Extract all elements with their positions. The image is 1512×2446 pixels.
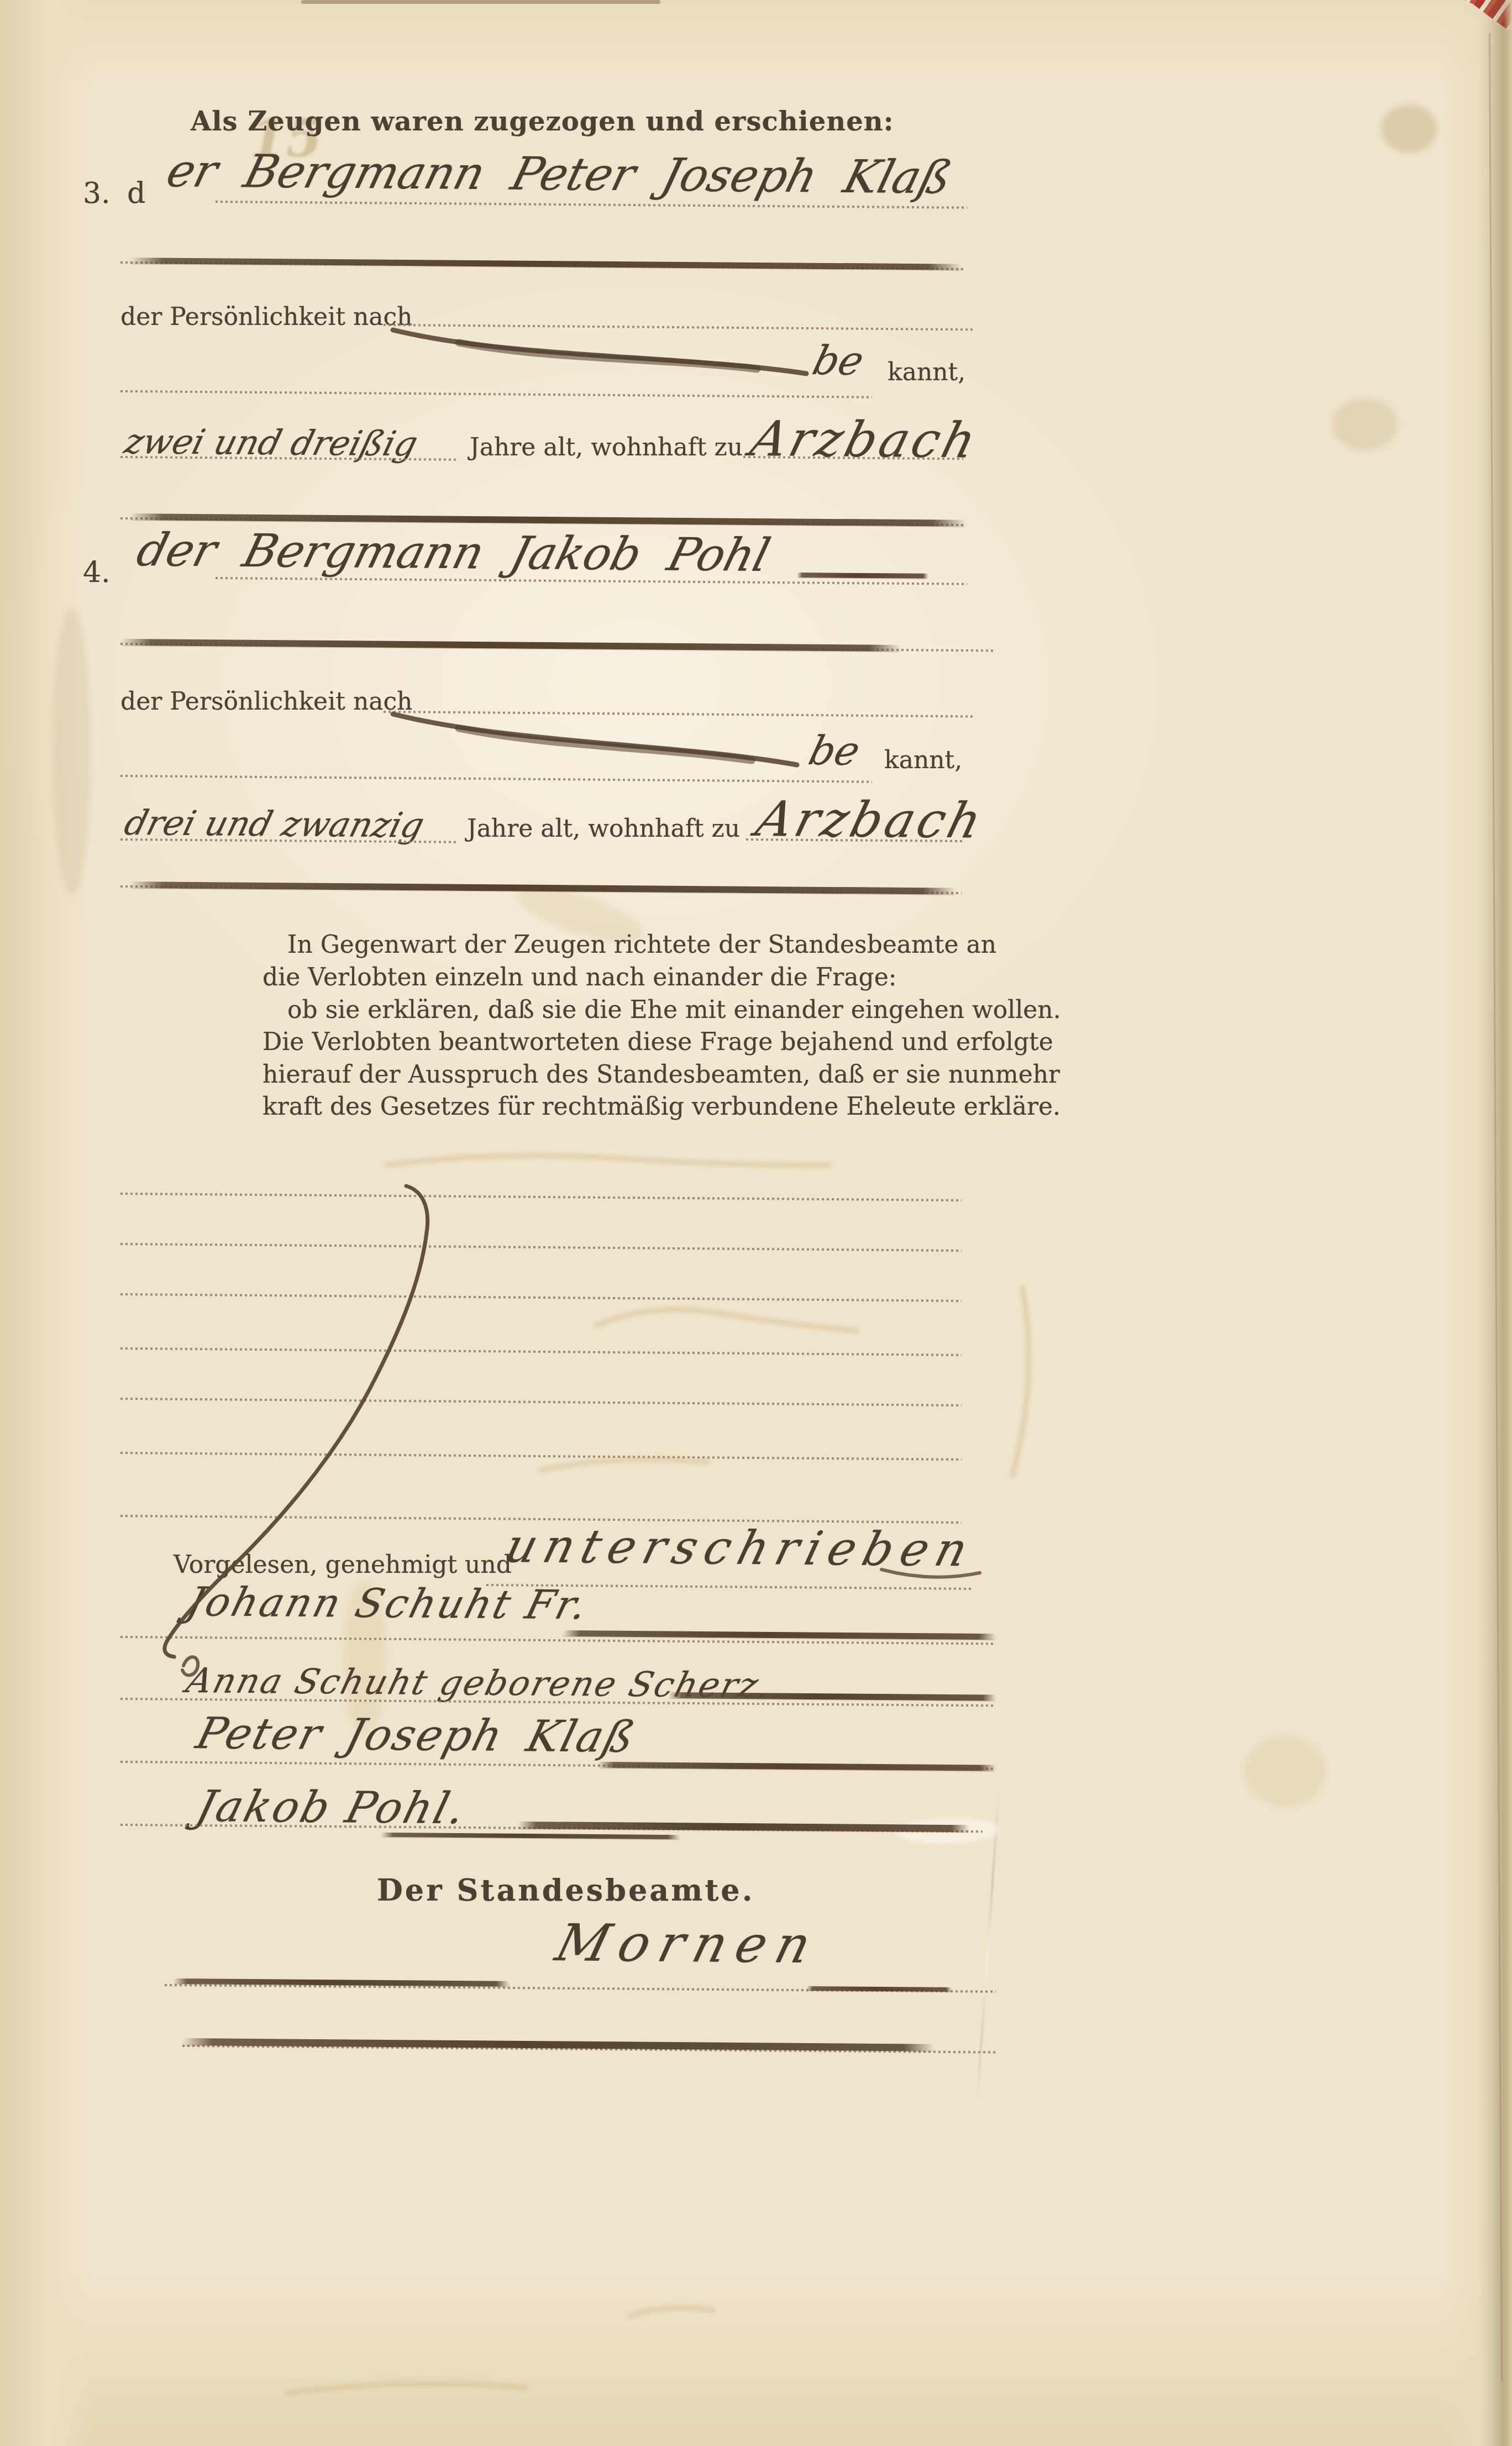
book-photo: { "page": { "ghost_number": "15", "witne… <box>0 0 1512 2446</box>
ink-flourish-layer <box>0 0 1512 2446</box>
bleedthrough-ghost-strokes <box>287 1156 1029 2393</box>
stray-ink-mark <box>182 1657 198 1675</box>
cancellation-stroke-1-core <box>459 343 757 369</box>
cancellation-stroke-2-core <box>459 728 752 760</box>
unterschrieben-tail <box>881 1570 980 1577</box>
blank-section-flourish <box>165 1186 428 1657</box>
registry-page-paper: 15 Als Zeugen waren zugezogen und erschi… <box>0 0 1512 2446</box>
